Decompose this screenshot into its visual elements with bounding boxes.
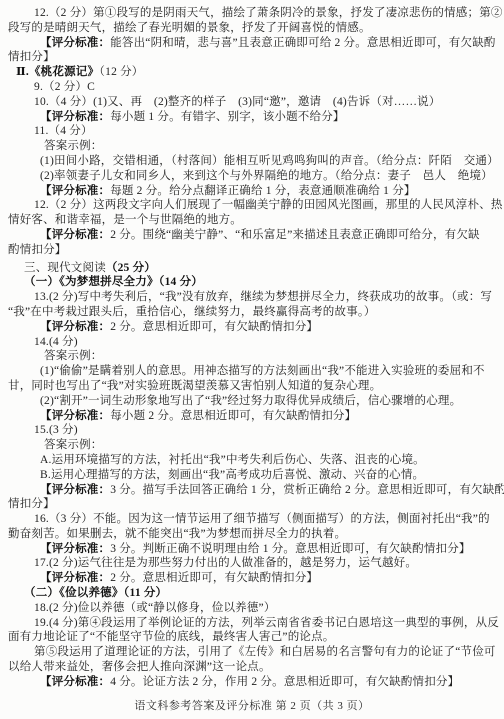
doc-text: 3 分。判断正确不说明理由给 1 分。意思相近即可，有欠缺酌情扣分】 (110, 543, 470, 555)
doc-text: 第⑤段运用了道理论证的方法，引用了《左传》和白居易的名言警句有力的论证了“节俭可 (34, 646, 496, 658)
doc-line: 【评分标准：3 分。描写手法回答正确给 1 分，赏析正确给 2 分。意思相近即可… (0, 483, 504, 498)
doc-text: 15.(3 分) (34, 424, 78, 436)
doc-text-bold: 【评分标准： (40, 676, 110, 688)
doc-text-bold: 【评分标准： (40, 543, 110, 555)
doc-line: 16.（3 分）不能。因为这一情节运用了细节描写（侧面描写）的方法，侧面衬托出“… (0, 512, 504, 527)
doc-line: 【评分标准：4 分。论证方法 2 分，作用 2 分。意思相近即可，有欠缺酌情扣分… (0, 675, 504, 690)
doc-line: 9.（2 分）C (0, 80, 504, 95)
exam-answer-key-page: 12.（2 分）第①段写的是阴雨天气，描绘了萧条阴冷的景象，抒发了凄凉悲伤的情感… (0, 0, 504, 719)
doc-text: 2 分。围绕“幽美宁静”、“和乐富足”来描述且表意正确即可给分，有欠缺 (110, 229, 480, 241)
doc-line: 【评分标准：2 分。意思相近即可，有欠缺酌情扣分】 (0, 571, 504, 586)
page-footer: 语文科参考答案及评分标准 第 2 页（共 3 页） (0, 699, 504, 713)
doc-line: (1)田间小路，交错相通，（村落间）能相互听见鸡鸣狗叫的声音。（给分点：阡陌 交… (0, 154, 504, 169)
doc-text: “我”在中考栽过跟头后，重拾信心，继续努力，最终赢得高考的故事。） (8, 306, 376, 318)
doc-text: A.运用环境描写的方法，衬托出“我”中考失利后伤心、失落、沮丧的心境。 (40, 454, 425, 466)
doc-line: 面有力地论证了“不能坚守节俭的底线，最终害人害己”的论点。 (0, 630, 504, 645)
doc-line: 情扣分】 (0, 50, 504, 65)
doc-line: 13.(2 分)写中考失利后，“我”没有放弃，继续为梦想拼尽全力，终获成功的故事… (0, 290, 504, 305)
doc-text-bold: 【评分标准： (40, 410, 110, 422)
doc-text: 16.（3 分）不能。因为这一情节运用了细节描写（侧面描写）的方法，侧面衬托出“… (34, 513, 490, 525)
doc-text: 情好客、和谐幸福，是一个与世隔绝的地方。 (8, 214, 242, 226)
doc-text: 3 分。描写手法回答正确给 1 分，赏析正确给 2 分。意思相近即可，有欠缺酌 (110, 484, 504, 496)
doc-text-bold: （一）《为梦想拼尽全力》（14 分） (24, 276, 203, 288)
doc-text: 情扣分】 (8, 51, 55, 63)
doc-text: 10.（4 分）(1)又、再 (2)整齐的样子 (3)同“邀”，邀请 (4)告诉… (34, 96, 441, 108)
doc-text: 2 分。意思相近即可，有欠缺酌情扣分】 (110, 572, 318, 584)
doc-line: 答案示例： (0, 349, 504, 364)
document-body: 12.（2 分）第①段写的是阴雨天气，描绘了萧条阴冷的景象，抒发了凄凉悲伤的情感… (0, 6, 504, 690)
doc-line: 以给人带来益处，奢侈会把人推向深渊”这一论点。 (0, 660, 504, 675)
doc-text: 18.(2 分)俭以养德（或“静以修身，俭以养德”） (34, 602, 276, 614)
doc-text: 酌情扣分】 (8, 244, 67, 256)
doc-text: 19.(4 分)第④段运用了举例论证的方法，列举云南省省委书记白恩培这一典型的事… (34, 617, 499, 629)
doc-text: (1)“偷偷”是瞒着别人的意思。用神态描写的方法刻画出“我”不能进入实验班的委屈… (40, 365, 485, 377)
doc-text-bold: （二）《俭以养德》（11 分） (24, 587, 167, 599)
doc-line: (2)率领妻子儿女和同乡人，来到这个与外界隔绝的地方。（给分点：妻子 邑人 绝境… (0, 169, 504, 184)
doc-text: 三、现代文阅读 (24, 262, 106, 274)
doc-text: (2)“割开”一词生动形象地写出了“我”经过努力取得优异成绩后，信心骤增的心理。 (40, 395, 461, 407)
doc-text: 甘，同时也写出了“我”对实验班既渴望羡慕又害怕别人知道的复杂心理。 (8, 380, 381, 392)
doc-text: 12.（2 分）第①段写的是阴雨天气，描绘了萧条阴冷的景象，抒发了凄凉悲伤的情感… (34, 7, 503, 19)
doc-line: 12.（2 分）这两段文字向人们展现了一幅幽美宁静的田园风光图画，那里的人民风淳… (0, 198, 504, 213)
doc-line: 三、现代文阅读（25 分） (0, 261, 504, 276)
doc-text: 12.（2 分）这两段文字向人们展现了一幅幽美宁静的田园风光图画，那里的人民风淳… (34, 199, 503, 211)
doc-line: 答案示例： (0, 438, 504, 453)
doc-text: (1)田间小路，交错相通，（村落间）能相互听见鸡鸣狗叫的声音。（给分点：阡陌 交… (40, 155, 499, 167)
doc-text: 4 分。论证方法 2 分，作用 2 分。意思相近即可，有欠缺酌情扣分】 (110, 676, 459, 688)
doc-text-bold: （25 分） (106, 262, 156, 274)
doc-text-bold: Ⅱ.《桃花源记》 (16, 66, 99, 78)
doc-line: 【评分标准：每小题 1 分。有错字、别字，该小题不给分】 (0, 110, 504, 125)
doc-line: 18.(2 分)俭以养德（或“静以修身，俭以养德”） (0, 601, 504, 616)
doc-text: 13.(2 分)写中考失利后，“我”没有放弃，继续为梦想拼尽全力，终获成功的故事… (34, 291, 492, 303)
doc-text-bold: 【评分标准： (40, 572, 110, 584)
doc-line: （一）《为梦想拼尽全力》（14 分） (0, 275, 504, 290)
doc-text-bold: 【评分标准： (40, 37, 110, 49)
doc-text: 答案示例： (44, 350, 103, 362)
doc-text: 11.（4 分） (34, 125, 93, 137)
doc-line: B.运用心理描写的方法，刻画出“我”高考成功后喜悦、激动、兴奋的心情。 (0, 468, 504, 483)
doc-text-bold: 【评分标准： (40, 229, 110, 241)
doc-text: （12 分） (99, 66, 143, 78)
doc-line: 【评分标准：2 分。意思相近即可，有欠缺酌情扣分】 (0, 320, 504, 335)
doc-line: 11.（4 分） (0, 124, 504, 139)
doc-text: 每小题 2 分。意思相近即可，有欠缺酌情扣分】 (110, 410, 356, 422)
doc-line: 情好客、和谐幸福，是一个与世隔绝的地方。 (0, 213, 504, 228)
doc-line: 甘，同时也写出了“我”对实验班既渴望羡慕又害怕别人知道的复杂心理。 (0, 379, 504, 394)
doc-line: A.运用环境描写的方法，衬托出“我”中考失利后伤心、失落、沮丧的心境。 (0, 453, 504, 468)
doc-text-bold: 【评分标准： (40, 484, 110, 496)
doc-line: 19.(4 分)第④段运用了举例论证的方法，列举云南省省委书记白恩培这一典型的事… (0, 616, 504, 631)
doc-line: （二）《俭以养德》（11 分） (0, 586, 504, 601)
doc-text: 以给人带来益处，奢侈会把人推向深渊”这一论点。 (8, 661, 271, 673)
doc-text: 17.(2 分)运气往往是为那些努力付出的人做准备的，越是努力，运气越好。 (34, 557, 417, 569)
doc-line: 【评分标准：2 分。围绕“幽美宁静”、“和乐富足”来描述且表意正确即可给分，有欠… (0, 228, 504, 243)
doc-text-bold: 【评分标准： (40, 321, 110, 333)
doc-text: B.运用心理描写的方法，刻画出“我”高考成功后喜悦、激动、兴奋的心情。 (40, 469, 424, 481)
doc-line: 酌情扣分】 (0, 243, 504, 258)
doc-text: 每小题 1 分。有错字、别字，该小题不给分】 (110, 111, 344, 123)
doc-line: 15.(3 分) (0, 423, 504, 438)
doc-line: 10.（4 分）(1)又、再 (2)整齐的样子 (3)同“邀”，邀请 (4)告诉… (0, 95, 504, 110)
doc-line: 【评分标准：3 分。判断正确不说明理由给 1 分。意思相近即可，有欠缺酌情扣分】 (0, 542, 504, 557)
doc-line: 情扣分】 (0, 497, 504, 512)
doc-text: 情扣分】 (8, 498, 55, 510)
doc-text: 答案示例： (44, 140, 103, 152)
doc-line: Ⅱ.《桃花源记》（12 分） (0, 65, 504, 80)
doc-text: 14.(4 分) (34, 336, 78, 348)
doc-text: 段写的是晴朗天气，描绘了春光明媚的景象，抒发了开阔喜悦的情感。 (8, 22, 371, 34)
doc-text: 每题 2 分。给分点翻译正确给 1 分，表意通顺准确给 1 分】 (110, 185, 415, 197)
doc-text-bold: 【评分标准： (40, 111, 110, 123)
doc-line: “我”在中考栽过跟头后，重拾信心，继续努力，最终赢得高考的故事。） (0, 305, 504, 320)
doc-line: (1)“偷偷”是瞒着别人的意思。用神态描写的方法刻画出“我”不能进入实验班的委屈… (0, 364, 504, 379)
doc-text: 2 分。意思相近即可，有欠缺酌情扣分】 (110, 321, 318, 333)
doc-text: 勤奋刻苦。如果删去，就不能突出“我”为梦想而拼尽全力的执着。 (8, 528, 346, 540)
doc-line: 【评分标准：能答出“阴和晴，悲与喜”且表意正确即可给 2 分。意思相近即可，有欠… (0, 36, 504, 51)
doc-text: 9.（2 分）C (34, 81, 95, 93)
doc-line: (2)“割开”一词生动形象地写出了“我”经过努力取得优异成绩后，信心骤增的心理。 (0, 394, 504, 409)
doc-line: 17.(2 分)运气往往是为那些努力付出的人做准备的，越是努力，运气越好。 (0, 556, 504, 571)
doc-text: 面有力地论证了“不能坚守节俭的底线，最终害人害己”的论点。 (8, 631, 335, 643)
doc-line: 【评分标准：每小题 2 分。意思相近即可，有欠缺酌情扣分】 (0, 409, 504, 424)
doc-line: 勤奋刻苦。如果删去，就不能突出“我”为梦想而拼尽全力的执着。 (0, 527, 504, 542)
doc-text: 能答出“阴和晴，悲与喜”且表意正确即可给 2 分。意思相近即可，有欠缺酌 (110, 37, 495, 49)
doc-line: 12.（2 分）第①段写的是阴雨天气，描绘了萧条阴冷的景象，抒发了凄凉悲伤的情感… (0, 6, 504, 21)
doc-text: 答案示例： (44, 439, 103, 451)
doc-line: 第⑤段运用了道理论证的方法，引用了《左传》和白居易的名言警句有力的论证了“节俭可 (0, 645, 504, 660)
doc-text-bold: 【评分标准： (40, 185, 110, 197)
doc-line: 14.(4 分) (0, 335, 504, 350)
doc-text: (2)率领妻子儿女和同乡人，来到这个与外界隔绝的地方。（给分点：妻子 邑人 绝境… (40, 170, 493, 182)
doc-line: 段写的是晴朗天气，描绘了春光明媚的景象，抒发了开阔喜悦的情感。 (0, 21, 504, 36)
doc-line: 【评分标准：每题 2 分。给分点翻译正确给 1 分，表意通顺准确给 1 分】 (0, 184, 504, 199)
doc-line: 答案示例： (0, 139, 504, 154)
